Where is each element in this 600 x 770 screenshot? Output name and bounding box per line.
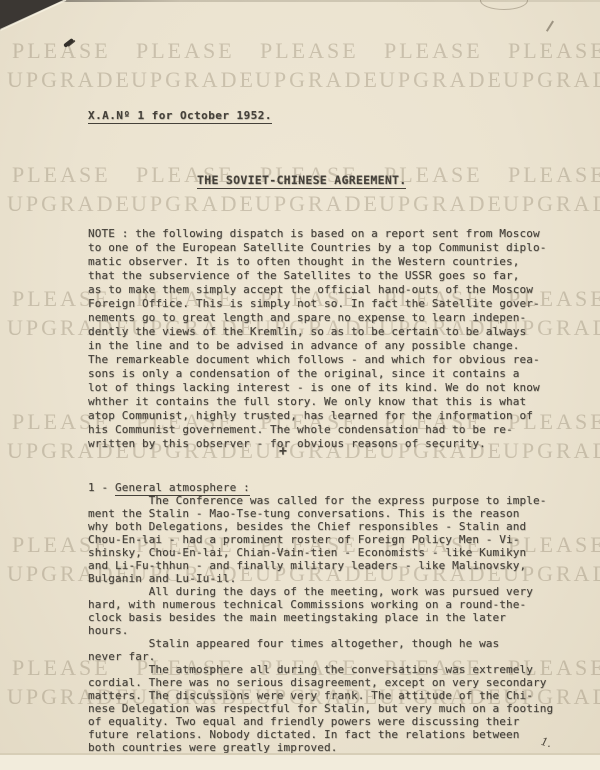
section-number: 1 - <box>88 481 115 494</box>
watermark-word: PLEASE <box>12 38 136 64</box>
section-body: The Conference was called for the expres… <box>88 494 553 754</box>
watermark-word: PLEASE <box>384 38 508 64</box>
watermark-line: UPGRADEUPGRADEUPGRADEUPGRADEUPGRADE <box>7 67 600 93</box>
watermark-word: PLEASE <box>136 38 260 64</box>
watermark-word: UPGRADE <box>379 67 503 93</box>
scanned-document: PLEASEPLEASEPLEASEPLEASEPLEASEUPGRADEUPG… <box>0 0 600 770</box>
watermark-word: UPGRADE <box>503 191 600 217</box>
watermark-word: PLEASE <box>12 162 136 188</box>
watermark-line: PLEASEPLEASEPLEASEPLEASEPLEASE <box>12 38 600 64</box>
watermark-word: UPGRADE <box>255 67 379 93</box>
watermark-line: UPGRADEUPGRADEUPGRADEUPGRADEUPGRADE <box>7 191 600 217</box>
watermark-word: UPGRADE <box>255 191 379 217</box>
document-title: THE SOVIET-CHINESE AGREEMENT. <box>197 173 406 189</box>
watermark-word: UPGRADE <box>503 67 600 93</box>
reference-number: X.A.Nº 1 for October 1952. <box>88 109 272 124</box>
paper-sheet: PLEASEPLEASEPLEASEPLEASEPLEASEUPGRADEUPG… <box>0 0 600 770</box>
watermark-word: UPGRADE <box>131 191 255 217</box>
watermark-word: PLEASE <box>508 38 600 64</box>
watermark-word: UPGRADE <box>7 67 131 93</box>
watermark-word: UPGRADE <box>7 191 131 217</box>
section-heading: 1 - General atmosphere : <box>88 481 250 494</box>
watermark-word: UPGRADE <box>131 67 255 93</box>
watermark-word: UPGRADE <box>379 191 503 217</box>
section-separator-cross: + <box>279 444 287 459</box>
paper-bottom-edge <box>0 753 600 770</box>
note-paragraph: NOTE : the following dispatch is based o… <box>88 227 547 451</box>
watermark-word: PLEASE <box>260 38 384 64</box>
watermark-word: PLEASE <box>508 162 600 188</box>
